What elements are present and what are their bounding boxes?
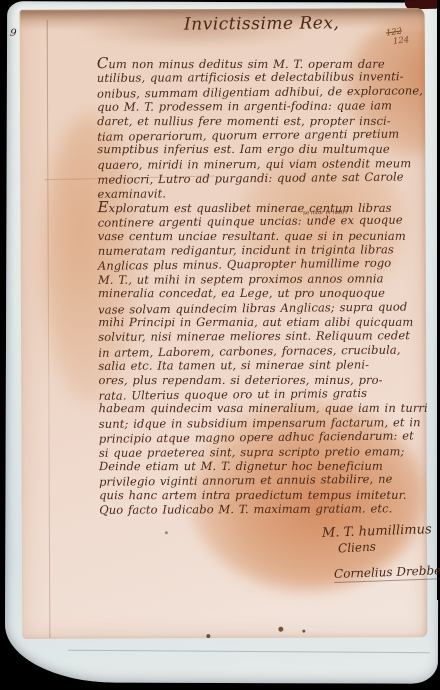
manuscript-line: quis hanc artem intra praedictum tempus …	[99, 488, 433, 503]
manuscript-line: continere argenti quinque uncias: unde e…	[98, 213, 432, 231]
manuscript-line: vase centum unciae resultant. quae si in…	[98, 229, 432, 244]
manuscript-line: Quo facto Iudicabo M. T. maximam gratiam…	[99, 501, 433, 517]
manuscript-photo: 9 Invictissime Rex, 122 124 se mior in l…	[0, 0, 440, 690]
folio-number: 124	[393, 36, 410, 47]
manuscript-line: examinavit.	[97, 185, 431, 201]
letter-closing: M. T. humillimus Cliens	[322, 524, 432, 553]
manuscript-line: M. T., ut mihi in septem proximos annos …	[98, 271, 432, 287]
manuscript-line: mihi Principi in Germania, aut etiam ali…	[98, 315, 432, 330]
foxing-spot	[278, 627, 283, 632]
manuscript-line: si quae praeterea sint, supra scripto pr…	[99, 444, 433, 460]
manuscript-line: mineralia concedat, ea Lege, ut pro unoq…	[98, 286, 432, 301]
folio-numbers: 122 124	[386, 28, 409, 46]
manuscript-line: quo M. T. prodessem in argenti-fodina: q…	[97, 98, 431, 114]
manuscript-line: privilegio viginti annorum et annuis sta…	[99, 472, 433, 490]
manuscript-line: salia etc. Ita tamen ut, si minerae sint…	[98, 357, 432, 373]
manuscript-line: sumptibus inferius est. Iam ergo diu mul…	[97, 142, 431, 157]
manuscript-line: habeam quindecim vasa mineralium, quae i…	[99, 401, 433, 416]
foxing-spot	[165, 531, 168, 534]
foxing-spot	[302, 630, 305, 633]
quire-mark: 9	[9, 28, 16, 40]
letter-salutation: Invictissime Rex,	[184, 13, 339, 34]
left-crease	[47, 20, 51, 638]
manuscript-line: Cum non minus deditus sim M. T. operam d…	[97, 56, 431, 71]
foxing-spot	[206, 634, 210, 638]
letter-body: Cum non minus deditus sim M. T. operam d…	[97, 55, 433, 517]
